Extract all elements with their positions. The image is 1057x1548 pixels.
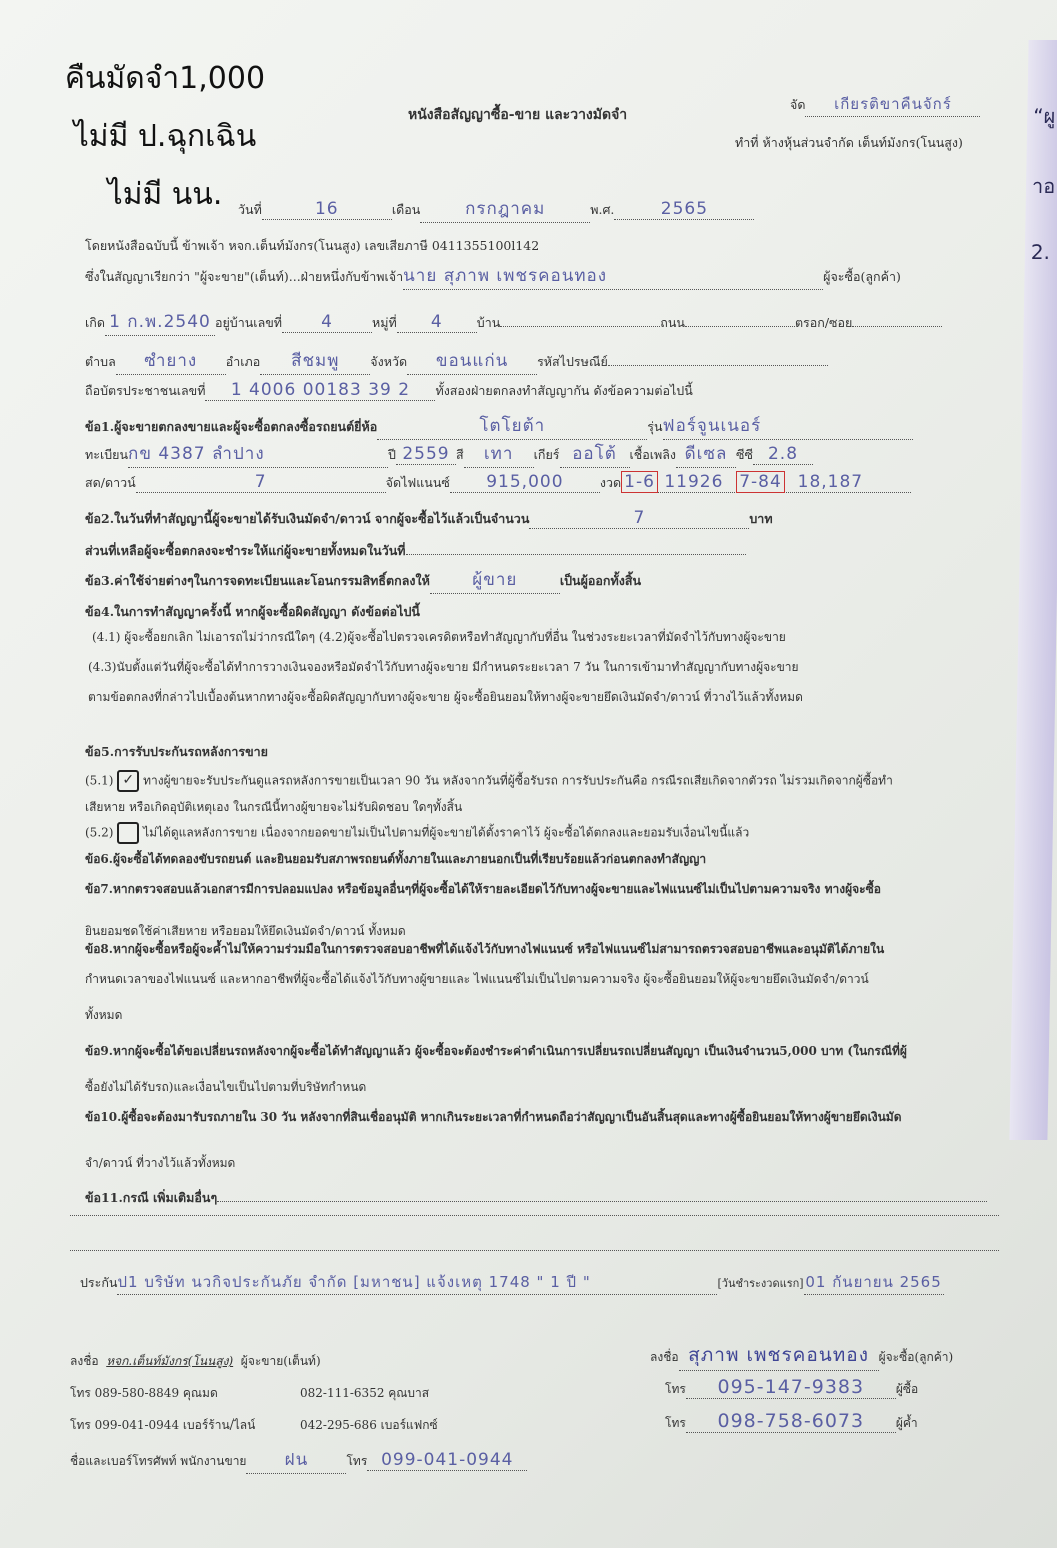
guarantor-phone-label: โทร [665,1416,686,1430]
buyer-role: ผู้จะซื้อ(ลูกค้า) [823,269,901,284]
installment-2-amount: 18,187 [798,472,863,492]
vehicle-row: ข้อ1.ผู้จะขายตกลงขายและผู้จะซื้อตกลงซื้อ… [85,412,1002,440]
staff-phone-label: โทร [346,1454,367,1468]
buyer-name-row: ซึ่งในสัญญาเรียกว่า "ผู้จะขาย"(เต็นท์)..… [85,262,1002,290]
registration-row: ทะเบียนกข 4387 ลำปางปี2559สีเทาเกียร์ออโ… [85,440,1002,468]
moo-value[interactable]: 4 [397,312,477,333]
month-value[interactable]: กรกฎาคม [420,195,590,223]
clause-3: ข้อ3.ค่าใช้จ่ายต่างๆในการจดทะเบียนและโอน… [85,566,1002,594]
color-label: สี [456,447,464,462]
day-label: วันที่ [238,202,262,217]
model-value[interactable]: ฟอร์จูนเนอร์ [663,412,913,440]
cc-value[interactable]: 2.8 [753,444,813,465]
buyer-sign: ลงชื่อสุภาพ เพชรคอนทองผู้จะซื้อ(ลูกค้า) [650,1340,953,1371]
clause-11-line[interactable] [70,1215,999,1216]
amphoe-label: อำเภอ [226,354,261,369]
amphoe-value[interactable]: สีชมพู [260,347,370,375]
buyer-phone-label: โทร [665,1382,686,1396]
gear-label: เกียร์ [534,447,560,462]
id-suffix: ทั้งสองฝ่ายตกลงทำสัญญากัน ดังข้อความต่อไ… [435,383,692,398]
clause-5-2: (5.2) ไม่ได้ดูแลหลังการขาย เนื่องจากยอดข… [85,822,1002,844]
deposit-unit: บาท [749,511,772,526]
finance-value[interactable]: 915,000 [450,472,600,493]
house-label: อยู่บ้านเลขที่ [215,315,282,330]
down-label: สด/ดาวน์ [85,475,136,490]
date-row: วันที่16เดือนกรกฎาคมพ.ศ.2565 [238,195,754,223]
gear-value[interactable]: ออโต้ [560,440,630,468]
clause-2b: ส่วนที่เหลือผู้จะซื้อตกลงจะชำระให้แก่ผู้… [85,538,1002,561]
road-value[interactable] [685,310,795,327]
stamp-line: ไม่มี ป.ฉุกเฉิน [55,108,275,166]
clause-5-1b: เสียหาย หรือเกิดอุบัติเหตุเอง ในกรณีนี้ท… [85,798,1002,817]
installment-2-range: 7-84 [736,471,785,493]
clause-4-1: (4.1) ผู้จะซื้อยกเลิก ไม่เอารถไม่ว่ากรณี… [92,628,1002,647]
staff-phone[interactable]: 099-041-0944 [367,1450,527,1471]
clause-3-suffix: เป็นผู้ออกทั้งสิ้น [560,573,641,588]
id-value[interactable]: 1 4006 00183 39 2 [205,380,435,401]
buyer-sign-role: ผู้จะซื้อ(ลูกค้า) [879,1350,954,1364]
adjacent-document-edge: “ผูาอ2. [1009,40,1057,1140]
id-label: ถือบัตรประชาชนเลขที่ [85,383,205,398]
clause-9b: ซื้อยังไม่ได้รับรถ)และเงื่อนไขเป็นไปตามท… [85,1078,1002,1097]
insurance-value[interactable]: ป1 บริษัท นวกิจประกันภัย จำกัด [มหาชน] แ… [117,1270,717,1295]
day-value[interactable]: 16 [262,199,392,220]
reg-value[interactable]: กข 4387 ลำปาง [128,440,388,468]
birth-value[interactable]: 1 ก.พ.2540 [105,308,215,336]
down-value[interactable]: 7 [136,472,386,493]
warranty-checkbox[interactable]: ✓ [117,770,139,792]
guarantor-phone-row: โทร098-758-6073ผู้ค้ำ [665,1410,918,1433]
sale-label: จัด [790,97,805,112]
address-row: เกิด1 ก.พ.2540อยู่บ้านเลขที่4หมู่ที่4บ้า… [85,308,1002,336]
birth-label: เกิด [85,315,105,330]
village-value[interactable] [500,310,660,327]
soi-label: ตรอก/ซอย [795,315,852,330]
clause-11-label: ข้อ11.กรณี เพิ่มเติมอื่นๆ [85,1190,217,1205]
moo-label: หมู่ที่ [372,315,397,330]
sale-field: จัดเกียรติขาคืนจักร์ [790,92,980,117]
clause-2a-label: ข้อ2.ในวันที่ทำสัญญานี้ผู้จะขายได้รับเงิ… [85,511,529,526]
vehicle-year[interactable]: 2559 [396,444,456,465]
staff-name[interactable]: ฝน [246,1446,346,1474]
road-label: ถนน [660,315,685,330]
clause-3-label: ข้อ3.ค่าใช้จ่ายต่างๆในการจดทะเบียนและโอน… [85,573,430,588]
buyer-name[interactable]: นาย สุภาพ เพชรคอนทอง [403,262,823,290]
clause-4-end: ตามข้อตกลงที่กล่าวไปเบื้องต้นหากทางผู้จะ… [88,688,1002,707]
clause-5-1: (5.1) ✓ ทางผู้ขายจะรับประกันดูแลรถหลังกา… [85,770,1002,792]
zip-value[interactable] [608,349,828,366]
clause-11-field[interactable] [217,1185,987,1202]
village-label: บ้าน [477,315,501,330]
clause-8: ข้อ8.หากผู้จะซื้อหรือผู้จะค้ำไม่ให้ความร… [85,940,1002,959]
province-label: จังหวัด [370,354,407,369]
intro-line: โดยหนังสือฉบับนี้ ข้าพเจ้า หจก.เต็นท์มัง… [85,236,1002,256]
contract-place: ทำที่ ห้างหุ้นส่วนจำกัด เต็นท์มังกร(โนนส… [735,133,963,153]
clause-7: ข้อ7.หากตรวจสอบแล้วเอกสารมีการปลอมแปลง ห… [85,880,1002,899]
first-due-label: [วันชำระงวดแรก] [717,1277,803,1290]
house-value[interactable]: 4 [282,312,372,333]
seller-sign-name: หจก.เต็นท์มังกร(โนนสูง) [106,1354,233,1368]
buyer-sign-label: ลงชื่อ [650,1350,679,1364]
year-value[interactable]: 2565 [614,199,754,220]
guarantor-phone-role: ผู้ค้ำ [896,1416,918,1430]
clause-5-1-label: (5.1) [85,774,113,788]
clause-2b-label: ส่วนที่เหลือผู้จะซื้อตกลงจะชำระให้แก่ผู้… [85,543,406,558]
soi-value[interactable] [852,310,942,327]
remaining-date[interactable] [406,538,746,555]
clause-4: ข้อ4.ในการทำสัญญาครั้งนี้ หากผู้จะซื้อผิ… [85,602,1002,622]
location-row: ตำบลซำยางอำเภอสีชมพูจังหวัดขอนแก่นรหัสไป… [85,347,1002,375]
seller-sign-role: ผู้จะขาย(เต็นท์) [241,1354,321,1368]
installment-1-amount: 11926 [664,472,723,492]
reg-label: ทะเบียน [85,447,128,462]
buyer-phone[interactable]: 095-147-9383 [686,1376,896,1399]
sale-value[interactable]: เกียรติขาคืนจักร์ [805,92,980,117]
buyer-phone-role: ผู้ซื้อ [896,1382,918,1396]
tambon-value[interactable]: ซำยาง [116,347,226,375]
clause-10: ข้อ10.ผู้ซื้อจะต้องมารับรถภายใน 30 วัน ห… [85,1108,1002,1127]
sales-staff-row: ชื่อและเบอร์โทรศัพท์ พนักงานขายฝนโทร099-… [70,1446,527,1474]
buyer-phone-row: โทร095-147-9383ผู้ซื้อ [665,1376,918,1399]
document-title: หนังสือสัญญาซื้อ-ขาย และวางมัดจำ [408,104,627,126]
deposit-value[interactable]: 7 [529,508,749,529]
finance-label: จัดไฟแนนซ์ [386,475,450,490]
clause-6: ข้อ6.ผู้จะซื้อได้ทดลองขับรถยนต์ และยินยอ… [85,850,1002,869]
clause-2a: ข้อ2.ในวันที่ทำสัญญานี้ผู้จะขายได้รับเงิ… [85,508,1002,529]
installment-values[interactable]: 1-6 11926 7-84 18,187 [621,472,911,493]
clause-5-2-text: ไม่ได้ดูแลหลังการขาย เนื่องจากยอดขายไม่เ… [143,826,749,840]
clause-5-1-text: ทางผู้ขายจะรับประกันดูแลรถหลังการขายเป็น… [143,774,893,788]
seller-sign: ลงชื่อ หจก.เต็นท์มังกร(โนนสูง) ผู้จะขาย(… [70,1352,321,1371]
zip-label: รหัสไปรษณีย์ [537,354,608,369]
clause-5: ข้อ5.การรับประกันรถหลังการขาย [85,742,1002,762]
insurance-row: ประกันป1 บริษัท นวกิจประกันภัย จำกัด [มห… [80,1270,1002,1295]
no-warranty-checkbox[interactable] [117,822,139,844]
clause-8c: ทั้งหมด [85,1006,1002,1025]
cc-label: ซีซี [736,447,753,462]
year-label: ปี [388,447,396,462]
stamp-line: คืนมัดจำ1,000 [55,50,275,108]
seller-phone-1: โทร 089-580-8849 คุณมด [70,1384,218,1403]
clause-8b: กำหนดเวลาของไฟแนนซ์ และหากอาชีพที่ผู้จะซ… [85,970,1002,989]
year-label: พ.ศ. [590,202,614,217]
tambon-label: ตำบล [85,354,116,369]
payment-row: สด/ดาวน์7จัดไฟแนนซ์915,000งวด1-6 11926 7… [85,472,1002,493]
first-due-value[interactable]: 01 กันยายน 2565 [804,1270,944,1295]
seller-phone-4: 042-295-686 เบอร์แฟกซ์ [300,1416,438,1435]
fee-payer[interactable]: ผู้ขาย [430,566,560,594]
fuel-label: เชื้อเพลิง [630,447,677,462]
vehicle-clause-label: ข้อ1.ผู้จะขายตกลงขายและผู้จะซื้อตกลงซื้อ… [85,419,377,434]
id-row: ถือบัตรประชาชนเลขที่1 4006 00183 39 2ทั้… [85,380,1002,401]
clause-7b: ยินยอมชดใช้ค่าเสียหาย หรือยอมให้ยึดเงินม… [85,922,1002,941]
buyer-signature[interactable]: สุภาพ เพชรคอนทอง [679,1340,879,1371]
guarantor-phone[interactable]: 098-758-6073 [686,1410,896,1433]
clause-11: ข้อ11.กรณี เพิ่มเติมอื่นๆ [85,1185,1002,1208]
buyer-prefix: ซึ่งในสัญญาเรียกว่า "ผู้จะขาย"(เต็นท์)..… [85,269,403,284]
clause-10b: จำ/ดาวน์ ที่วางไว้แล้วทั้งหมด [85,1154,1002,1173]
clause-4-3: (4.3)นับตั้งแต่วันที่ผู้จะซื้อได้ทำการวา… [88,658,1002,677]
clause-9: ข้อ9.หากผู้จะซื้อได้ขอเปลี่ยนรถหลังจากผู… [85,1042,1002,1061]
staff-label: ชื่อและเบอร์โทรศัพท์ พนักงานขาย [70,1454,246,1468]
fuel-value[interactable]: ดีเซล [676,440,736,468]
model-label: รุ่น [647,419,662,434]
insurance-label: ประกัน [80,1275,117,1290]
installment-label: งวด [600,475,621,490]
month-label: เดือน [392,202,420,217]
seller-phone-3: โทร 099-041-0944 เบอร์ร้าน/ไลน์ [70,1416,255,1435]
installment-1-range: 1-6 [621,471,658,493]
clause-11-line[interactable] [70,1250,999,1251]
seller-phone-2: 082-111-6352 คุณบาส [300,1384,429,1403]
clause-5-2-label: (5.2) [85,826,113,840]
province-value[interactable]: ขอนแก่น [407,347,537,375]
color-value[interactable]: เทา [464,440,534,468]
seller-sign-label: ลงชื่อ [70,1354,99,1368]
brand-value[interactable]: โตโยต้า [377,412,647,440]
